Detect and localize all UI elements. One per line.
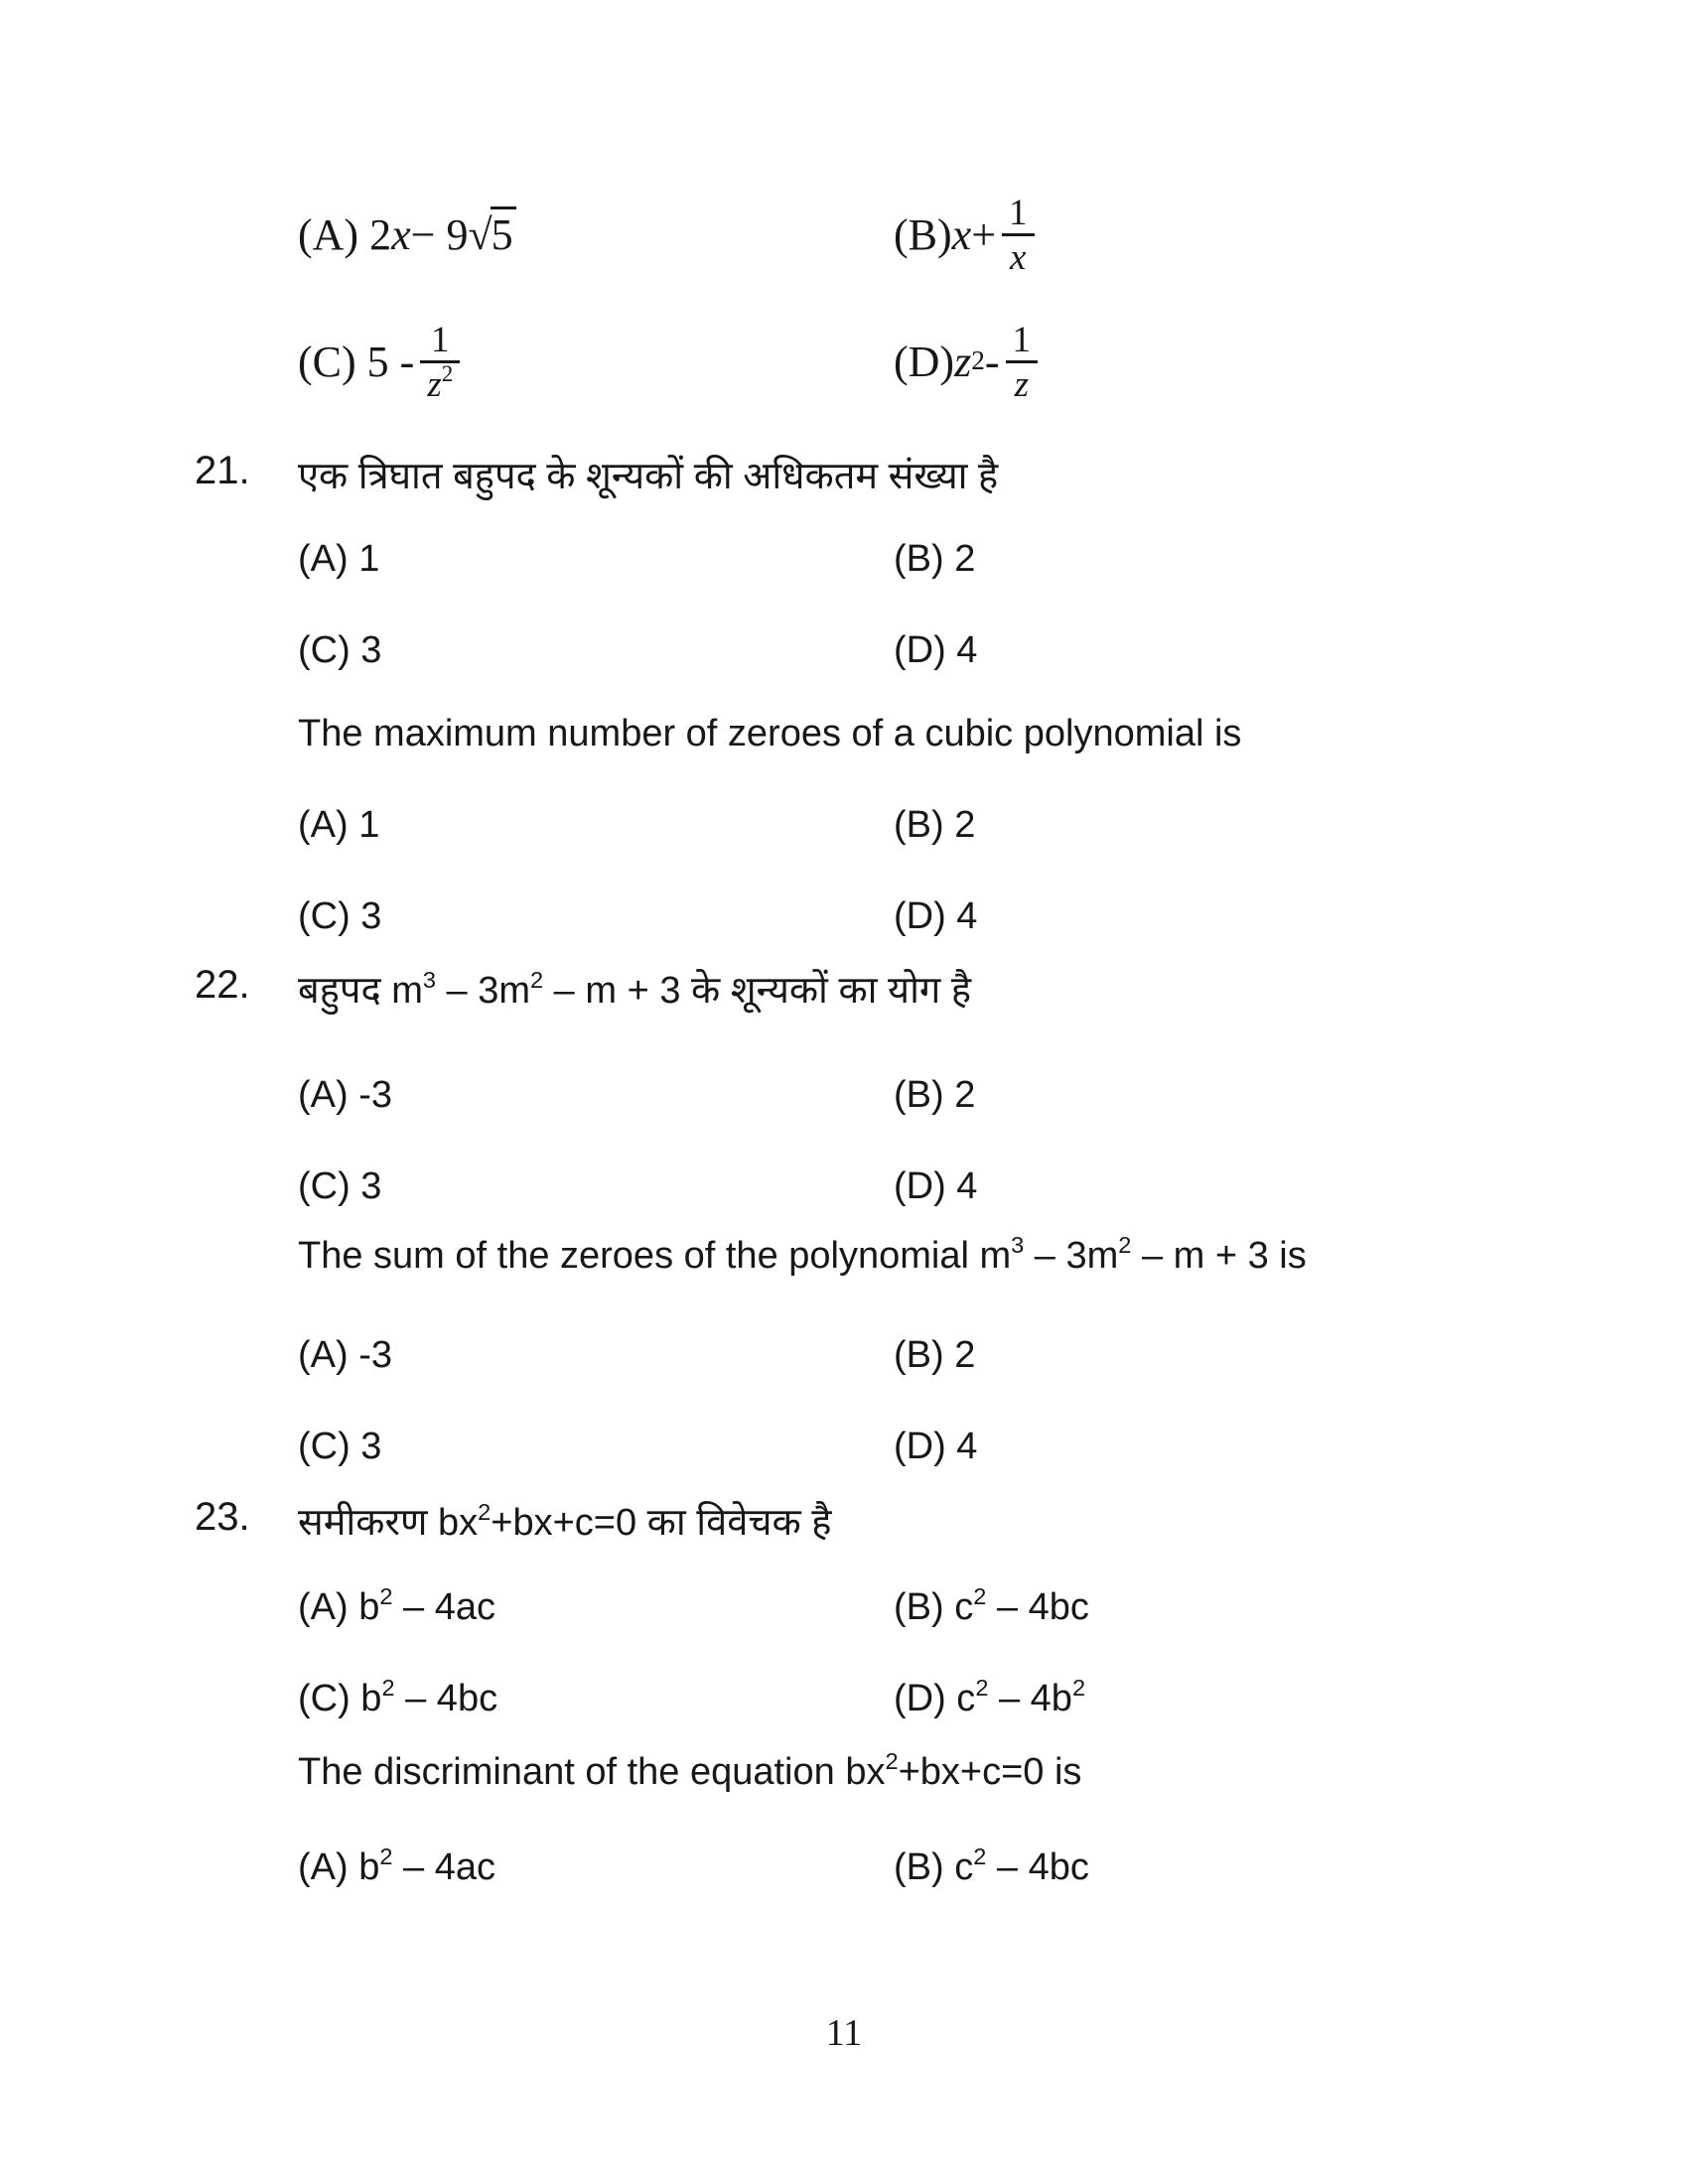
option-c: (C) 3 (298, 1426, 381, 1468)
option-a: (A) b2 – 4ac (298, 1586, 495, 1629)
option-b: (B) 2 (894, 1334, 975, 1377)
option-a: (A) 1 (298, 538, 379, 581)
option-a: (A) 2x − 9√5 (298, 179, 516, 290)
option-d: (D) c2 – 4b2 (894, 1678, 1085, 1720)
option-d: (D) 4 (894, 629, 977, 672)
option-c: (C) b2 – 4bc (298, 1678, 497, 1720)
question-21-english-text: The maximum number of zeroes of a cubic … (298, 713, 1241, 755)
option-b: (B) 2 (894, 804, 975, 847)
question-22-number: 22. (195, 963, 250, 1008)
option-c: (C) 3 (298, 629, 381, 672)
question-23-english-text: The discriminant of the equation bx2+bx+… (298, 1751, 1081, 1794)
option-c: (C) 3 (298, 1165, 381, 1208)
question-21-number: 21. (195, 449, 250, 493)
option-a: (A) -3 (298, 1334, 392, 1377)
question-22-english-text: The sum of the zeroes of the polynomial … (298, 1235, 1307, 1278)
option-b: (B) c2 – 4bc (894, 1846, 1089, 1889)
question-21-hindi-text: एक त्रिघात बहुपद के शून्यकों की अधिकतम स… (298, 449, 998, 500)
option-a: (A) 1 (298, 804, 379, 847)
option-c: (C) 5 - 1z2 (298, 306, 460, 417)
option-b: (B) 2 (894, 1074, 975, 1117)
question-23-hindi-text: समीकरण bx2+bx+c=0 का विवेचक है (298, 1495, 831, 1547)
option-d: (D) 4 (894, 1165, 977, 1208)
option-c: (C) 3 (298, 895, 381, 938)
option-a: (A) -3 (298, 1074, 392, 1117)
option-a: (A) b2 – 4ac (298, 1846, 495, 1889)
option-b: (B) c2 – 4bc (894, 1586, 1089, 1629)
page-number: 11 (0, 2011, 1688, 2055)
option-b: (B) 2 (894, 538, 975, 581)
option-d: (D) z2 - 1z (894, 306, 1038, 417)
question-23-number: 23. (195, 1495, 250, 1540)
option-b: (B) x + 1x (894, 179, 1035, 290)
question-22-hindi-text: बहुपद m3 – 3m2 – m + 3 के शून्यकों का यो… (298, 963, 971, 1015)
option-d: (D) 4 (894, 1426, 977, 1468)
option-d: (D) 4 (894, 895, 977, 938)
